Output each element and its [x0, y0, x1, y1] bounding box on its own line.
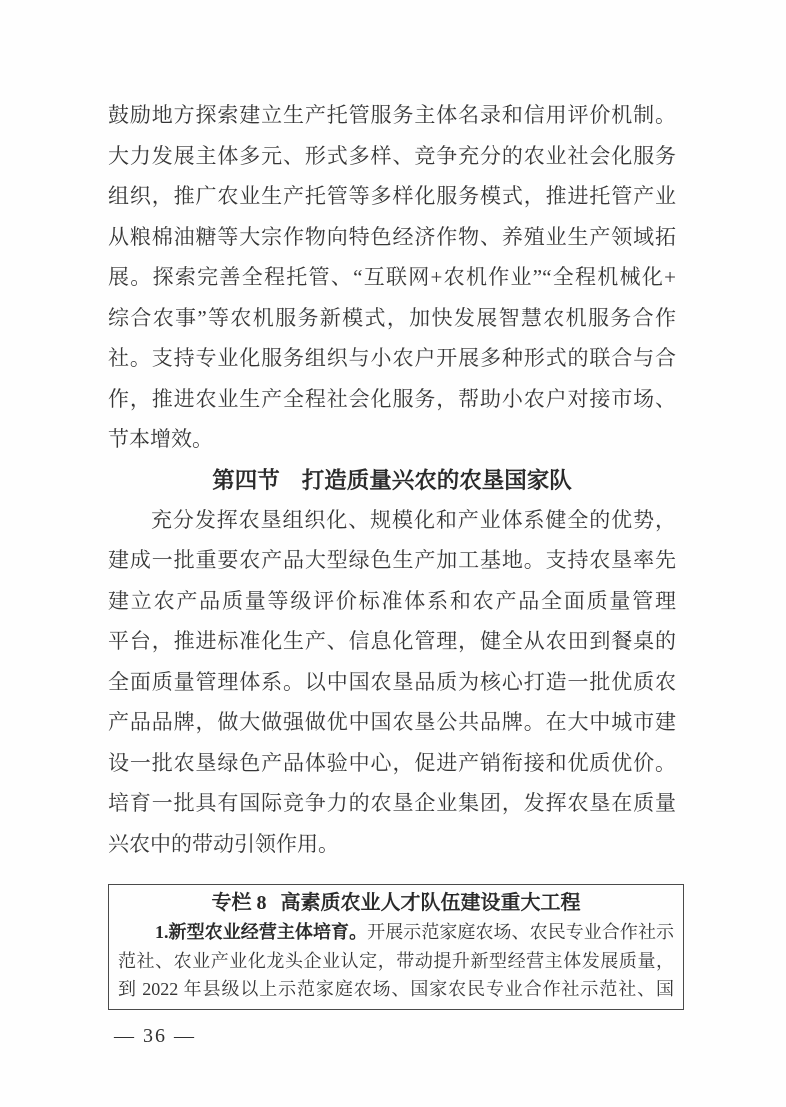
callout-box-label: 专栏 8	[212, 892, 267, 914]
paragraph-2: 充分发挥农垦组织化、规模化和产业体系健全的优势， 建成一批重要农产品大型绿色生产…	[108, 500, 676, 865]
page-number: — 36 —	[114, 1022, 676, 1050]
text-line: 组织，推广农业生产托管等多样化服务模式，推进托管产业	[108, 176, 676, 217]
document-page: 鼓励地方探索建立生产托管服务主体名录和信用评价机制。 大力发展主体多元、形式多样…	[0, 0, 786, 1107]
section-heading: 第四节打造质量兴农的农垦国家队	[108, 462, 676, 500]
text-line: 产品品牌，做大做强做优中国农垦公共品牌。在大中城市建	[108, 702, 676, 743]
section-title: 打造质量兴农的农垦国家队	[302, 468, 572, 493]
text-line: 社。支持专业化服务组织与小农户开展多种形式的联合与合	[108, 338, 676, 379]
text-line: 兴农中的带动引领作用。	[108, 824, 676, 865]
text-line: 鼓励地方探索建立生产托管服务主体名录和信用评价机制。	[108, 95, 676, 136]
text-line: 平台，推进标准化生产、信息化管理，健全从农田到餐桌的	[108, 621, 676, 662]
callout-box-title: 专栏 8高素质农业人才队伍建设重大工程	[118, 888, 674, 918]
text-line: 充分发挥农垦组织化、规模化和产业体系健全的优势，	[108, 500, 676, 541]
callout-lead-bold: 1.新型农业经营主体培育。	[155, 922, 367, 942]
text-line: 培育一批具有国际竞争力的农垦企业集团，发挥农垦在质量	[108, 783, 676, 824]
text-line: 从粮棉油糖等大宗作物向特色经济作物、养殖业生产领域拓	[108, 217, 676, 258]
section-number: 第四节	[212, 468, 280, 493]
callout-box-title-text: 高素质农业人才队伍建设重大工程	[281, 892, 581, 914]
text-line: 设一批农垦绿色产品体验中心，促进产销衔接和优质优价。	[108, 743, 676, 784]
text-line: 作，推进农业生产全程社会化服务，帮助小农户对接市场、	[108, 379, 676, 420]
text-line: 大力发展主体多元、形式多样、竞争充分的农业社会化服务	[108, 136, 676, 177]
callout-box: 专栏 8高素质农业人才队伍建设重大工程 1.新型农业经营主体培育。开展示范家庭农…	[108, 884, 684, 1010]
callout-lead-rest: 开展示范家庭农场、农民专业合作社示	[367, 922, 674, 942]
callout-text-line: 到 2022 年县级以上示范家庭农场、国家农民专业合作社示范社、国	[118, 975, 674, 1004]
text-line: 综合农事”等农机服务新模式，加快发展智慧农机服务合作	[108, 298, 676, 339]
callout-text-line: 1.新型农业经营主体培育。开展示范家庭农场、农民专业合作社示	[118, 918, 674, 947]
text-line: 建立农产品质量等级评价标准体系和农产品全面质量管理	[108, 581, 676, 622]
text-line: 节本增效。	[108, 419, 676, 460]
callout-text-line: 范社、农业产业化龙头企业认定，带动提升新型经营主体发展质量，	[118, 947, 674, 976]
text-line: 展。探索完善全程托管、“互联网+农机作业”“全程机械化+	[108, 257, 676, 298]
paragraph-1: 鼓励地方探索建立生产托管服务主体名录和信用评价机制。 大力发展主体多元、形式多样…	[108, 95, 676, 460]
text-line: 全面质量管理体系。以中国农垦品质为核心打造一批优质农	[108, 662, 676, 703]
text-line: 建成一批重要农产品大型绿色生产加工基地。支持农垦率先	[108, 540, 676, 581]
